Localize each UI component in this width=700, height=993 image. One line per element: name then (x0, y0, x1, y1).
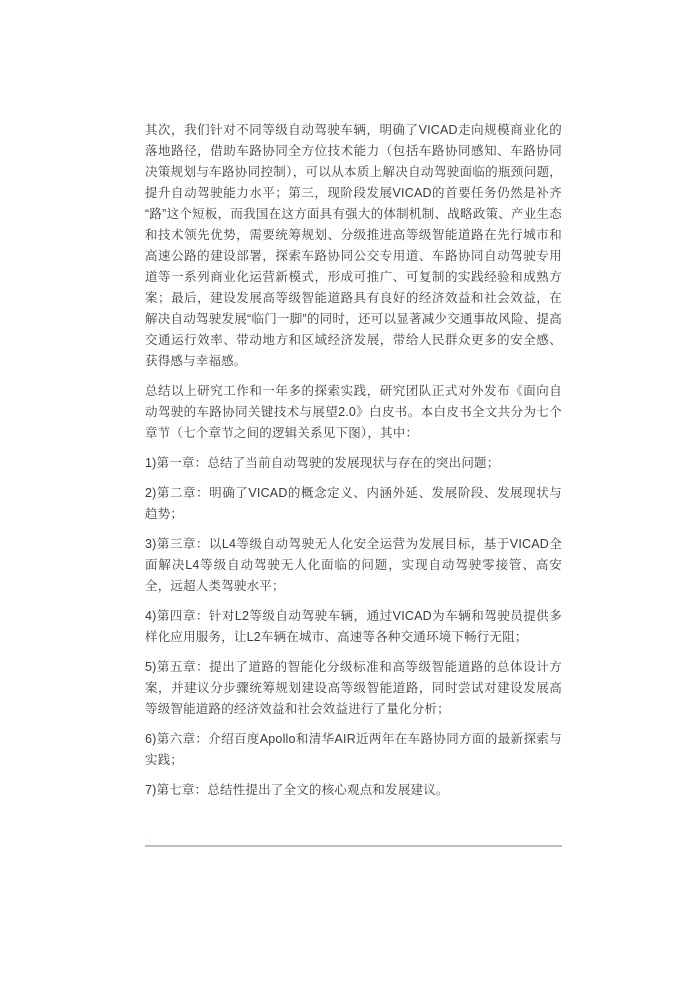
chapter-7-item: 7)第七章：总结性提出了全文的核心观点和发展建议。 (145, 780, 562, 801)
section-divider-line (145, 845, 562, 847)
intro-paragraph: 其次，我们针对不同等级自动驾驶车辆，明确了VICAD走向规模商业化的落地路径，借… (145, 120, 562, 372)
chapter-5-item: 5)第五章：提出了道路的智能化分级标准和高等级智能道路的总体设计方案，并建议分步… (145, 657, 562, 720)
document-page: 其次，我们针对不同等级自动驾驶车辆，明确了VICAD走向规模商业化的落地路径，借… (0, 0, 700, 993)
chapter-3-item: 3)第三章：以L4等级自动驾驶无人化安全运营为发展目标，基于VICAD全面解决L… (145, 534, 562, 597)
chapter-6-item: 6)第六章：介绍百度Apollo和清华AIR近两年在车路协同方面的最新探索与实践… (145, 729, 562, 771)
chapter-1-item: 1)第一章：总结了当前自动驾驶的发展现状与存在的突出问题； (145, 453, 562, 474)
chapter-2-item: 2)第二章：明确了VICAD的概念定义、内涵外延、发展阶段、发展现状与趋势； (145, 483, 562, 525)
document-content: 其次，我们针对不同等级自动驾驶车辆，明确了VICAD走向规模商业化的落地路径，借… (145, 120, 562, 801)
chapter-4-item: 4)第四章：针对L2等级自动驾驶车辆，通过VICAD为车辆和驾驶员提供多样化应用… (145, 606, 562, 648)
whitepaper-release-paragraph: 总结以上研究工作和一年多的探索实践，研究团队正式对外发布《面向自动驾驶的车路协同… (145, 381, 562, 444)
